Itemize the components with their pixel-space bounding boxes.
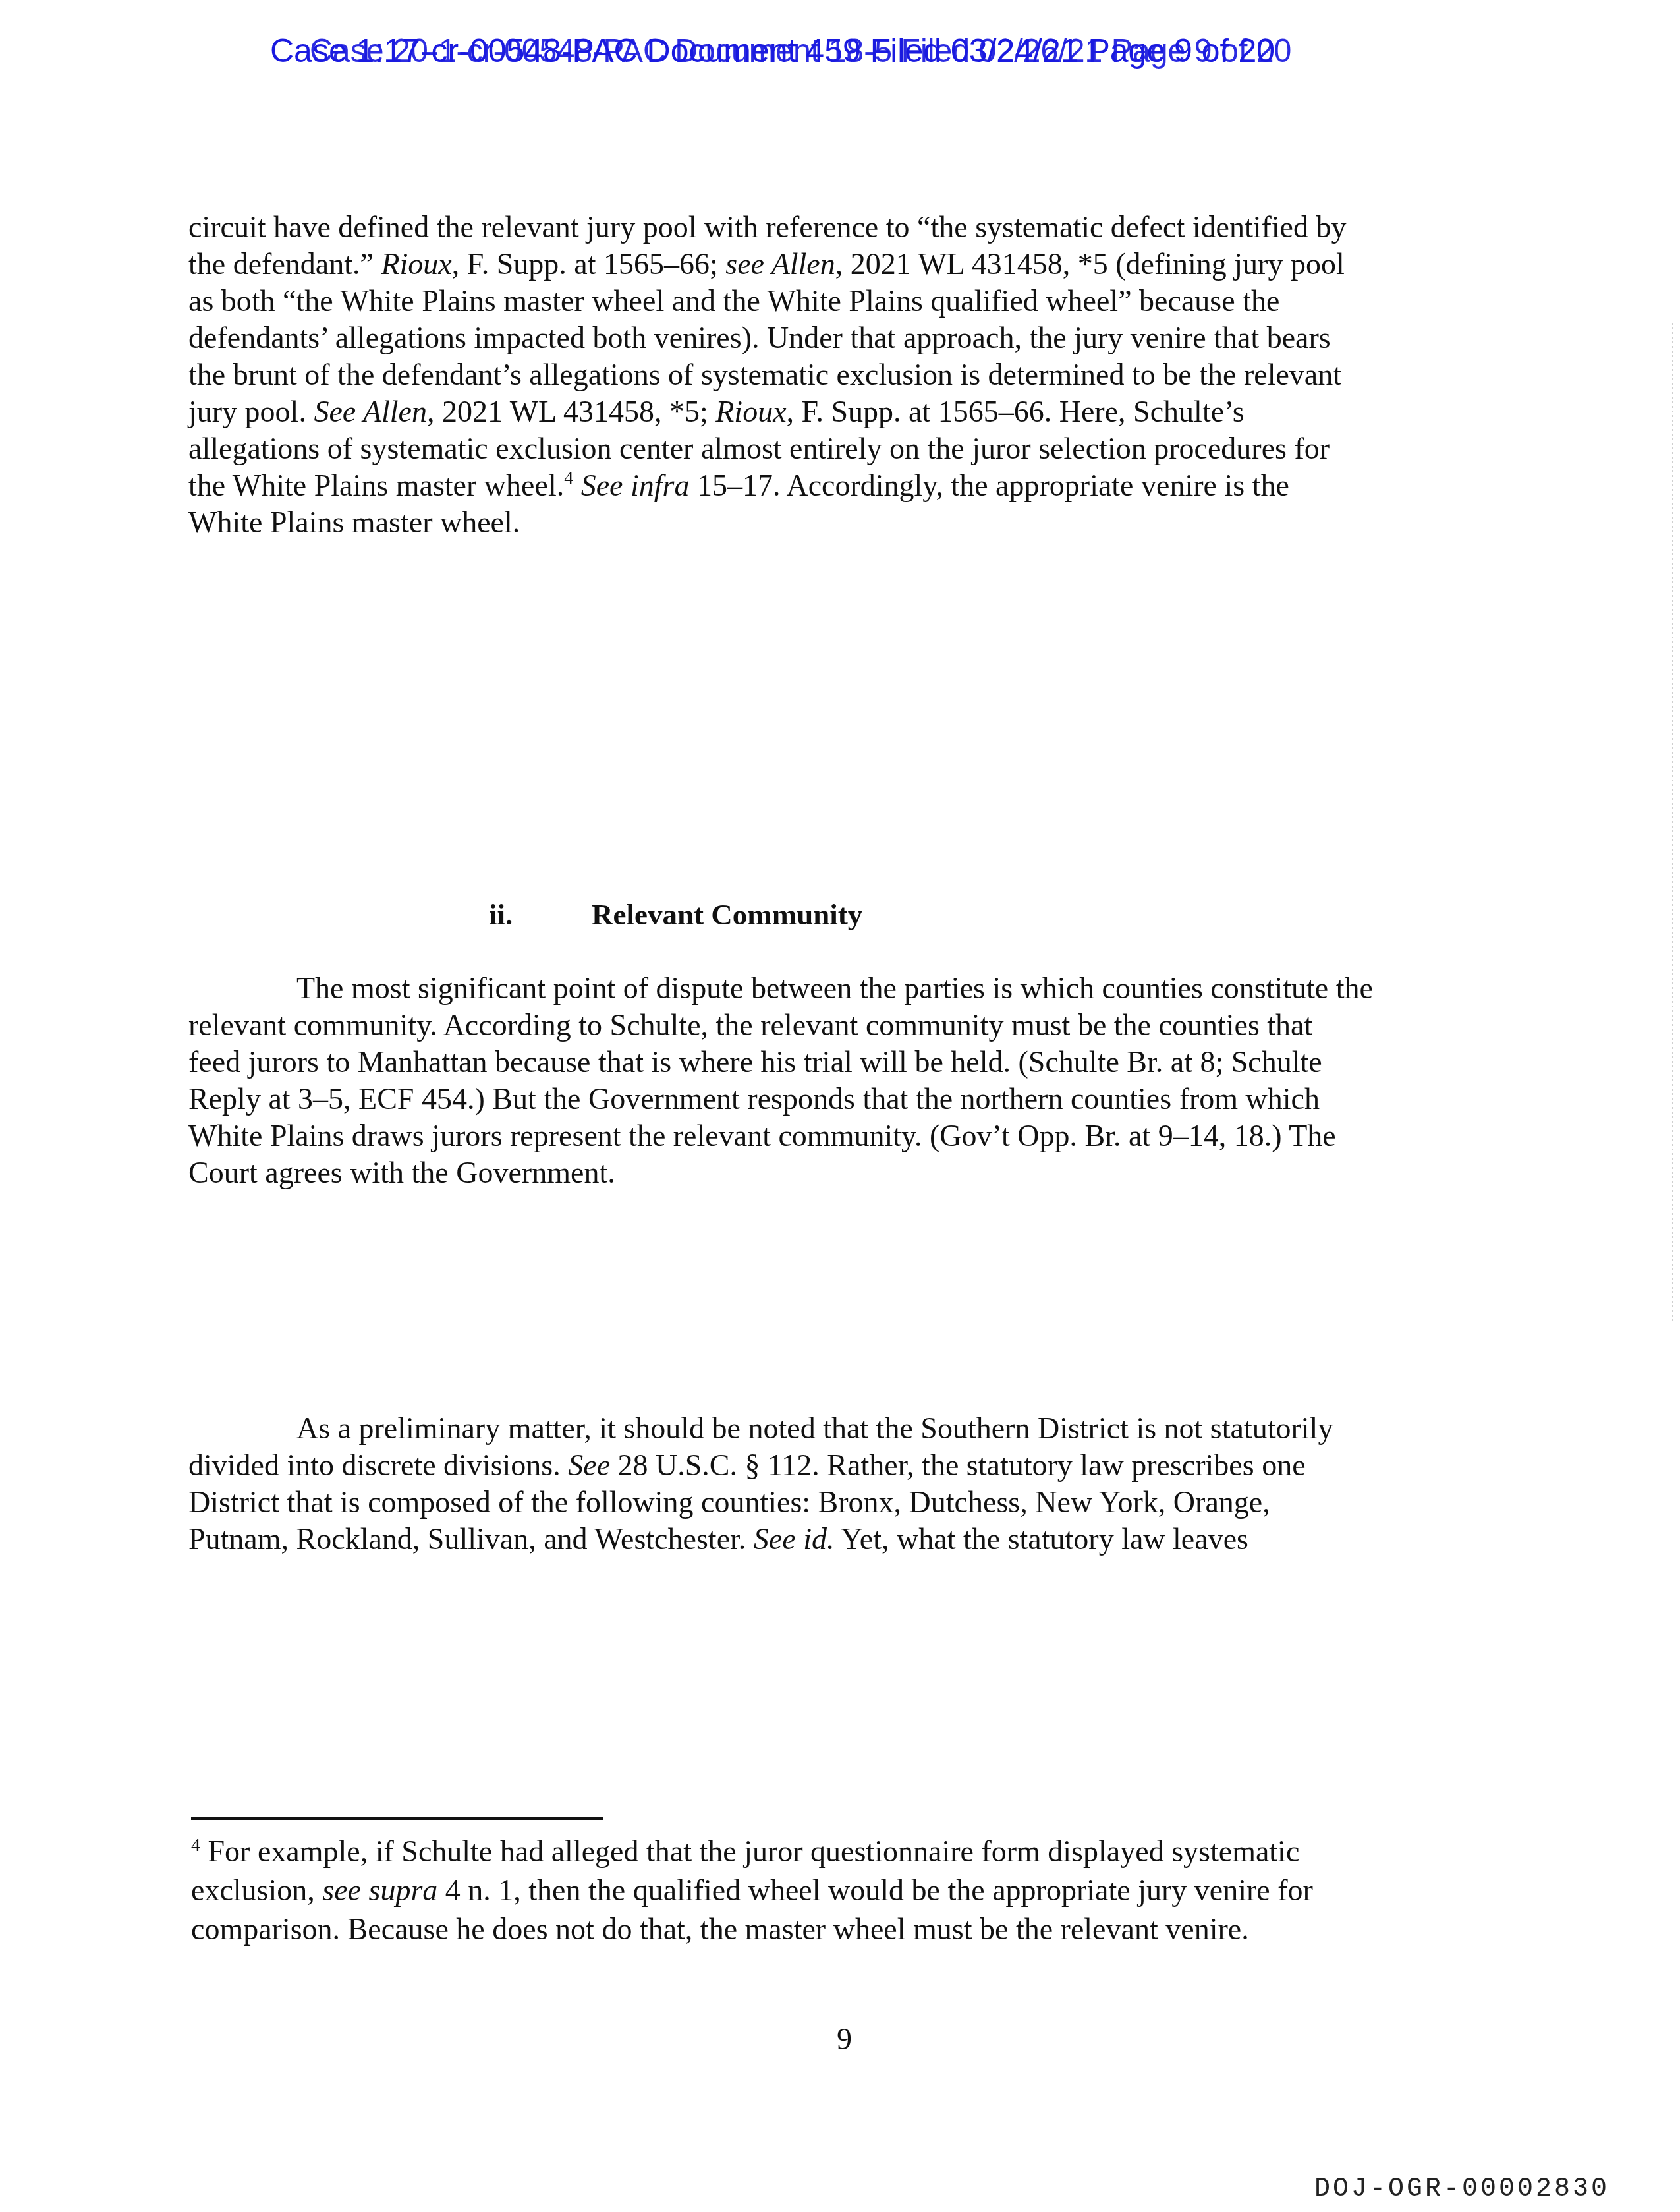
page-number: 9 [837,2022,852,2056]
text-run: Yet, what the statutory law leaves [834,1522,1248,1556]
footnote-reference: 4 [564,468,573,488]
text-run: , F. Supp. at 1565–66. Here, Schulte’s [787,395,1245,428]
text-run: Putnam, Rockland, Sullivan, and Westches… [188,1522,754,1556]
citation-italic: see Allen [725,247,835,281]
text-line: As a preliminary matter, it should be no… [188,1413,1333,1444]
text-run: The most significant point of dispute be… [296,971,1373,1005]
text-run: , 2021 WL 431458, *5 (defining jury pool [835,247,1345,281]
text-run: comparison. Because he does not do that,… [191,1912,1249,1946]
citation-italic: Rioux [381,247,451,281]
text-run: the White Plains master wheel. [188,468,564,502]
text-line: 4 For example, if Schulte had alleged th… [191,1832,1299,1871]
text-line: allegations of systematic exclusion cent… [188,434,1330,464]
text-run: divided into discrete divisions. [188,1448,568,1482]
text-line: divided into discrete divisions. See 28 … [188,1450,1306,1481]
text-line: the defendant.” Rioux, F. Supp. at 1565–… [188,249,1345,279]
ecf-filing-header: Case 1:17-cr-00548-PAC Document 459 File… [270,32,1456,78]
text-run: 4 n. 1, then the qualified wheel would b… [437,1873,1312,1907]
text-line: Reply at 3–5, ECF 454.) But the Governme… [188,1084,1320,1114]
text-run: feed jurors to Manhattan because that is… [188,1045,1322,1079]
text-run: , 2021 WL 431458, *5; [427,395,715,428]
footnote-separator-rule [191,1817,603,1820]
text-run: White Plains master wheel. [188,505,520,539]
citation-italic: see supra [322,1873,437,1907]
citation-italic: Rioux [715,395,786,428]
text-run: Reply at 3–5, ECF 454.) But the Governme… [188,1082,1320,1116]
text-run: 28 U.S.C. § 112. Rather, the statutory l… [610,1448,1306,1482]
text-line: White Plains master wheel. [188,507,520,538]
footnote-reference: 4 [191,1835,200,1856]
text-line: feed jurors to Manhattan because that is… [188,1047,1322,1077]
section-number: ii. [489,897,592,932]
text-line: circuit have defined the relevant jury p… [188,212,1346,242]
scan-edge-artifact [1672,323,1673,1324]
text-run: defendants’ allegations impacted both ve… [188,321,1331,354]
text-line: District that is composed of the followi… [188,1487,1270,1517]
text-run: as both “the White Plains master wheel a… [188,284,1279,318]
text-line: exclusion, see supra 4 n. 1, then the qu… [191,1871,1313,1910]
text-run: the defendant.” [188,247,381,281]
text-line: jury pool. See Allen, 2021 WL 431458, *5… [188,397,1245,427]
text-run: allegations of systematic exclusion cent… [188,432,1330,465]
text-run: White Plains draws jurors represent the … [188,1119,1336,1152]
text-line: defendants’ allegations impacted both ve… [188,323,1331,353]
citation-italic: See infra [581,468,690,502]
ecf-stamp-b: Case 20-1-cr-00548-PAC Document 18-5 Fil… [310,32,1291,70]
text-line: Court agrees with the Government. [188,1158,615,1188]
text-run: relevant community. According to Schulte… [188,1008,1312,1042]
text-run: Court agrees with the Government. [188,1156,615,1189]
citation-italic: See [568,1448,610,1482]
text-run: circuit have defined the relevant jury p… [188,210,1346,244]
text-run: jury pool. [188,395,314,428]
text-run: As a preliminary matter, it should be no… [296,1411,1333,1445]
text-run: District that is composed of the followi… [188,1485,1270,1519]
text-line: relevant community. According to Schulte… [188,1010,1312,1040]
text-run: exclusion, [191,1873,322,1907]
text-line: the White Plains master wheel.4 See infr… [188,470,1289,501]
section-heading-relevant-community: ii.Relevant Community [489,897,862,932]
text-run [573,468,581,502]
text-line: comparison. Because he does not do that,… [191,1910,1249,1948]
text-line: The most significant point of dispute be… [188,973,1373,1004]
text-run: For example, if Schulte had alleged that… [200,1834,1299,1868]
text-line: White Plains draws jurors represent the … [188,1121,1336,1151]
text-run: , F. Supp. at 1565–66; [452,247,725,281]
text-run: 15–17. Accordingly, the appropriate veni… [689,468,1289,502]
citation-italic: See Allen [314,395,427,428]
text-run: the brunt of the defendant’s allegations… [188,358,1341,391]
text-line: as both “the White Plains master wheel a… [188,286,1279,316]
bates-number: DOJ-OGR-00002830 [1314,2174,1610,2204]
citation-italic: See id. [754,1522,835,1556]
text-line: Putnam, Rockland, Sullivan, and Westches… [188,1524,1248,1554]
text-line: the brunt of the defendant’s allegations… [188,360,1341,390]
section-title: Relevant Community [592,898,862,931]
